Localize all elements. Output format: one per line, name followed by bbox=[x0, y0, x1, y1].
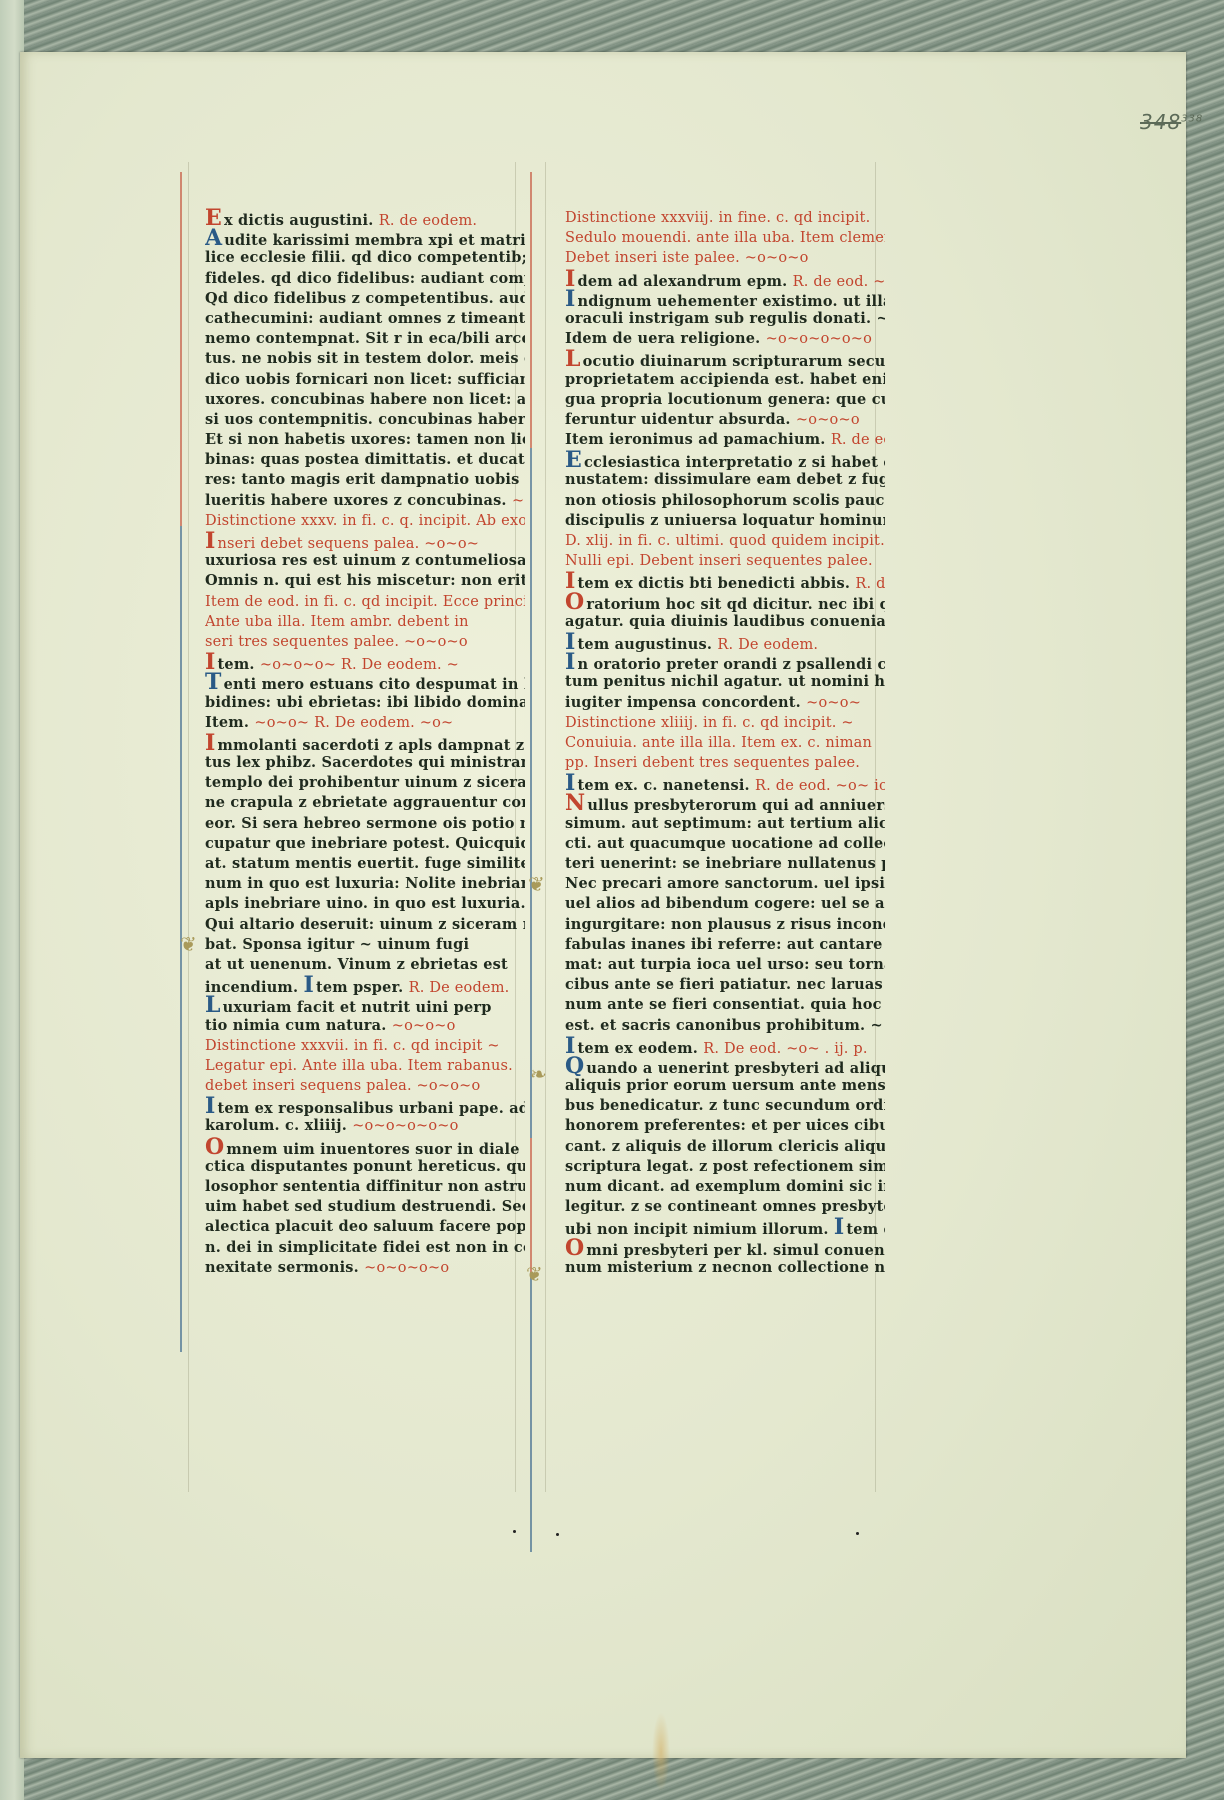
rubric-text: ~o~o~o~o bbox=[364, 1260, 449, 1276]
text-line: Item augustinus. R. De eodem. bbox=[565, 632, 885, 652]
text-line: res: tanto magis erit dampnatio uobis si… bbox=[205, 470, 525, 490]
body-text: uxuriosa res est uinum z contumeliosa eb… bbox=[205, 552, 525, 569]
text-line: uxores. concubinas habere non licet: aud… bbox=[205, 390, 525, 410]
text-line: Item ex eodem. R. De eod. ~o~ . ij. p. bbox=[565, 1036, 885, 1056]
text-line: Tenti mero estuans cito despumat in li bbox=[205, 672, 525, 692]
text-line: bus benedicatur. z tunc secundum ordinem… bbox=[565, 1096, 885, 1116]
body-text: est. et sacris canonibus prohibitum. ~ ~ bbox=[565, 1017, 885, 1034]
body-text: cti. aut quacumque uocatione ad collecta… bbox=[565, 835, 885, 852]
text-line: Oratorium hoc sit qd dicitur. nec ibi qu… bbox=[565, 592, 885, 612]
text-line: Distinctione xxxviij. in fine. c. qd inc… bbox=[565, 208, 885, 228]
text-line: Item ex responsalibus urbani pape. ad bbox=[205, 1096, 525, 1116]
body-text: iugiter impensa concordent. bbox=[565, 694, 806, 711]
text-line: Audite karissimi membra xpi et matris ca… bbox=[205, 228, 525, 248]
body-text: ctica disputantes ponunt hereticus. qui … bbox=[205, 1158, 525, 1175]
rubric-text: Distinctione xxxv. in fi. c. q. incipit.… bbox=[205, 513, 525, 529]
text-line: scriptura legat. z post refectionem simi… bbox=[565, 1157, 885, 1177]
text-line: Item. ~o~o~o~ R. De eodem. ~ bbox=[205, 652, 525, 672]
rubric-text: pp. Inseri debent tres sequentes palee. bbox=[565, 755, 860, 771]
rubric-text: D. xlij. in fi. c. ultimi. quod quidem i… bbox=[565, 533, 885, 549]
body-text: n oratorio preter orandi z psallendi cul bbox=[578, 656, 886, 672]
body-text: num in quo est luxuria: Nolite inebriari bbox=[205, 875, 525, 892]
body-text: cclesiastica interpretatio z si habet el… bbox=[584, 454, 885, 470]
body-text: simum. aut septimum: aut tertium alicuiu… bbox=[565, 815, 885, 832]
text-line: at. statum mentis euertit. fuge similite… bbox=[205, 854, 525, 874]
rubric-text: R. De eod. ~o~ . ij. p. bbox=[703, 1041, 867, 1056]
decorated-initial: I bbox=[565, 652, 576, 672]
text-line: Distinctione xxxvii. in fi. c. qd incipi… bbox=[205, 1036, 525, 1056]
body-text: x dictis augustini. bbox=[224, 212, 379, 228]
text-line: alectica placuit deo saluum facere popul… bbox=[205, 1217, 525, 1237]
decorated-initial: Q bbox=[565, 1056, 584, 1076]
rubric-text: ~o~o~ bbox=[806, 695, 861, 711]
body-text: udite karissimi membra xpi et matris cat… bbox=[224, 232, 525, 248]
decorated-initial: I bbox=[834, 1217, 845, 1237]
prick-mark bbox=[513, 1530, 516, 1533]
text-line: Omni presbyteri per kl. simul conuenit p… bbox=[565, 1238, 885, 1258]
body-text: tio nimia cum natura. bbox=[205, 1017, 392, 1034]
body-text: tus. ne nobis sit in testem dolor. meis … bbox=[205, 350, 525, 367]
body-text: cibus ante se fieri patiatur. nec laruas… bbox=[565, 976, 885, 993]
text-line: cibus ante se fieri patiatur. nec laruas… bbox=[565, 975, 885, 995]
text-line: Luxuriam facit et nutrit uini perp bbox=[205, 995, 525, 1015]
text-line: debet inseri sequens palea. ~o~o~o bbox=[205, 1076, 525, 1096]
folio-number: 348338 bbox=[1140, 110, 1203, 134]
body-text: Qd dico fidelibus z competentibus. audia… bbox=[205, 290, 525, 307]
body-text: bat. Sponsa igitur ~ uinum fugi bbox=[205, 936, 469, 953]
body-text: feruntur uidentur absurda. bbox=[565, 411, 796, 428]
text-line: eor. Si sera hebreo sermone ois potio nu… bbox=[205, 814, 525, 834]
text-line: at ut uenenum. Vinum z ebrietas est bbox=[205, 955, 525, 975]
body-text: lice ecclesie filii. qd dico competentib… bbox=[205, 249, 525, 266]
text-line: iugiter impensa concordent. ~o~o~ bbox=[565, 693, 885, 713]
vine-ornament-center-2: ❧ bbox=[530, 1062, 547, 1086]
text-line: D. xlij. in fi. c. ultimi. quod quidem i… bbox=[565, 531, 885, 551]
text-line: Conuiuia. ante illa illa. Item ex. c. ni… bbox=[565, 733, 885, 753]
text-line: Item ieronimus ad pamachium. R. de eod. bbox=[565, 430, 885, 450]
text-line: aliquis prior eorum uersum ante mensam i… bbox=[565, 1076, 885, 1096]
folio-current: 338 bbox=[1181, 113, 1203, 124]
body-text: Et si non habetis uxores: tamen non lice… bbox=[205, 431, 525, 448]
text-line: Ex dictis augustini. R. de eodem. bbox=[205, 208, 525, 228]
text-line: ne crapula z ebrietate aggrauentur corda bbox=[205, 793, 525, 813]
text-line: fideles. qd dico fidelibus: audiant comp… bbox=[205, 269, 525, 289]
body-text: ingurgitare: non plausus z risus incondi… bbox=[565, 916, 885, 933]
body-text: fabulas inanes ibi referre: aut cantare … bbox=[565, 936, 885, 953]
text-line: tio nimia cum natura. ~o~o~o bbox=[205, 1016, 525, 1036]
body-text: karolum. c. xliiij. bbox=[205, 1117, 352, 1134]
body-text: nustatem: dissimulare eam debet z fugere… bbox=[565, 471, 885, 488]
rubric-text: ~o~o~o~o~o bbox=[766, 331, 872, 347]
body-text: bidines: ubi ebrietas: ibi libido domina… bbox=[205, 694, 525, 711]
body-text: at ut uenenum. Vinum z ebrietas est bbox=[205, 956, 508, 973]
text-line: Immolanti sacerdoti z apls dampnat z ue bbox=[205, 733, 525, 753]
body-text: dico uobis fornicari non licet: sufficia… bbox=[205, 371, 525, 388]
decorated-initial: I bbox=[565, 1036, 576, 1056]
rubric-text: Distinctione xxxviij. in fine. c. qd inc… bbox=[565, 210, 870, 226]
text-line: tus. ne nobis sit in testem dolor. meis … bbox=[205, 349, 525, 369]
rubric-text: ~o~o~o~ R. De eodem. ~ bbox=[260, 657, 459, 672]
body-text: Omnis n. qui est his miscetur: non erit … bbox=[205, 572, 525, 589]
body-text: tus lex phibz. Sacerdotes qui ministrant… bbox=[205, 754, 525, 771]
body-text: ubi non incipit nimium illorum. bbox=[565, 1221, 834, 1237]
text-line: apls inebriare uino. in quo est luxuria. bbox=[205, 894, 525, 914]
rubric-text: ~o~o~ R. De eodem. ~o~ bbox=[254, 715, 453, 731]
text-line: oraculi instrigam sub regulis donati. ~ bbox=[565, 309, 885, 329]
rubric-text: Distinctione xliiij. in fi. c. qd incipi… bbox=[565, 715, 854, 731]
rubric-text: Sedulo mouendi. ante illa uba. Item clem… bbox=[565, 230, 885, 246]
body-text: ratorium hoc sit qd dicitur. nec ibi qui… bbox=[586, 596, 885, 612]
body-text: at. statum mentis euertit. fuge similite… bbox=[205, 855, 525, 872]
text-line: num dicant. ad exemplum domini sic in ce… bbox=[565, 1177, 885, 1197]
rubric-text: Ante uba illa. Item ambr. debent in bbox=[205, 614, 469, 630]
body-text: Item. bbox=[205, 714, 254, 731]
text-line: cupatur que inebriare potest. Quicquid i… bbox=[205, 834, 525, 854]
text-line: Legatur epi. Ante illa uba. Item rabanus… bbox=[205, 1056, 525, 1076]
rubric-text: Distinctione xxxvii. in fi. c. qd incipi… bbox=[205, 1038, 500, 1054]
water-stain bbox=[652, 1712, 670, 1792]
decorated-initial: L bbox=[565, 349, 581, 369]
decorated-initial: I bbox=[205, 1096, 216, 1116]
text-line: Debet inseri iste palee. ~o~o~o bbox=[565, 248, 885, 268]
body-text: tem ex dictis bti benedicti abbis. bbox=[578, 575, 856, 591]
body-text: proprietatem accipienda est. habet enim … bbox=[565, 371, 885, 388]
text-column-right: Distinctione xxxviij. in fine. c. qd inc… bbox=[565, 208, 885, 1278]
text-line: uel alios ad bibendum cogere: uel se ali… bbox=[565, 894, 885, 914]
text-line: Sedulo mouendi. ante illa uba. Item clem… bbox=[565, 228, 885, 248]
body-text: mmolanti sacerdoti z apls dampnat z ue bbox=[218, 737, 526, 753]
text-line: Idem de uera religione. ~o~o~o~o~o bbox=[565, 329, 885, 349]
rubric-text: Debet inseri iste palee. ~o~o~o bbox=[565, 250, 809, 266]
vine-ornament-center-1: ❦ bbox=[528, 872, 545, 896]
rubric-text: debet inseri sequens palea. ~o~o~o bbox=[205, 1078, 480, 1094]
decorated-initial: I bbox=[205, 652, 216, 672]
body-text: tem ex responsalibus urbani pape. ad bbox=[218, 1100, 526, 1116]
body-text: ullus presbyterorum qui ad anniuersarium… bbox=[587, 797, 885, 813]
body-text: mat: aut turpia ioca uel urso: seu torna… bbox=[565, 956, 885, 973]
text-line: Item. ~o~o~ R. De eodem. ~o~ bbox=[205, 713, 525, 733]
body-text: Nec precari amore sanctorum. uel ipsius … bbox=[565, 875, 885, 892]
body-text: uim habet sed studium destruendi. Sed no… bbox=[205, 1198, 525, 1215]
text-line: nemo contempnat. Sit r in eca/bili arce … bbox=[205, 329, 525, 349]
body-text: alectica placuit deo saluum facere popul… bbox=[205, 1218, 525, 1235]
ruling-line-left-outer bbox=[188, 162, 189, 1492]
text-line: binas: quas postea dimittatis. et ducati… bbox=[205, 450, 525, 470]
decorated-initial: N bbox=[565, 793, 585, 813]
text-line: lice ecclesie filii. qd dico competentib… bbox=[205, 248, 525, 268]
text-line: proprietatem accipienda est. habet enim … bbox=[565, 370, 885, 390]
text-line: fabulas inanes ibi referre: aut cantare … bbox=[565, 935, 885, 955]
text-line: ctica disputantes ponunt hereticus. qui … bbox=[205, 1157, 525, 1177]
body-text: ndignum uehementer existimo. ut illa cel… bbox=[578, 293, 886, 309]
rubric-text: Legatur epi. Ante illa uba. Item rabanus… bbox=[205, 1058, 513, 1074]
body-text: nexitate sermonis. bbox=[205, 1259, 364, 1276]
body-text: Idem de uera religione. bbox=[565, 330, 766, 347]
manuscript-page: 348338 ❦ ❦ ❧ ❦ Ex dictis augustini. R. d… bbox=[20, 52, 1186, 1758]
body-text: si uos contempnitis. concubinas habere n… bbox=[205, 411, 525, 428]
body-text: num misterium z necnon collectione non q… bbox=[565, 1259, 885, 1276]
text-line: Quando a uenerint presbyteri ad aliquod … bbox=[565, 1056, 885, 1076]
text-line: discipulis z uniuersa loquatur hominum g… bbox=[565, 511, 885, 531]
body-text: apls inebriare uino. in quo est luxuria. bbox=[205, 895, 525, 912]
body-text: uel alios ad bibendum cogere: uel se ali… bbox=[565, 895, 885, 912]
body-text: num dicant. ad exemplum domini sic in ce… bbox=[565, 1178, 885, 1195]
text-line: simum. aut septimum: aut tertium alicuiu… bbox=[565, 814, 885, 834]
rubric-text: R. de eodem. bbox=[379, 213, 478, 228]
text-line: honorem preferentes: et per uices cibum … bbox=[565, 1116, 885, 1136]
body-text: tem ex eodem. bbox=[578, 1040, 704, 1056]
body-text: tem ex eod. bbox=[846, 1221, 885, 1237]
text-line: n. dei in simplicitate fidei est non in … bbox=[205, 1238, 525, 1258]
body-text: ne crapula z ebrietate aggrauentur corda bbox=[205, 794, 525, 811]
center-margin-flourish bbox=[530, 172, 532, 1552]
body-text: eor. Si sera hebreo sermone ois potio nu… bbox=[205, 815, 525, 832]
text-line: Distinctione xliiij. in fi. c. qd incipi… bbox=[565, 713, 885, 733]
vine-ornament-left: ❦ bbox=[180, 932, 197, 956]
body-text: legitur. z se contineant omnes presbyter… bbox=[565, 1198, 885, 1215]
body-text: tem. bbox=[218, 656, 260, 672]
body-text: tem augustinus. bbox=[578, 636, 718, 652]
body-text: losophor sententia diffinitur non astrue… bbox=[205, 1178, 525, 1195]
text-line: bat. Sponsa igitur ~ uinum fugi bbox=[205, 935, 525, 955]
rubric-text: R. de eod. ~o~ io. p. bbox=[755, 778, 885, 793]
body-text: cathecumini: audiant omnes z timeant. z bbox=[205, 310, 525, 327]
body-text: num ante se fieri consentiat. quia hoc d… bbox=[565, 996, 885, 1013]
rubric-text: Conuiuia. ante illa illa. Item ex. c. ni… bbox=[565, 735, 872, 751]
text-line: cant. z aliquis de illorum clericis aliq… bbox=[565, 1137, 885, 1157]
text-line: Locutio diuinarum scripturarum secundum … bbox=[565, 349, 885, 369]
text-line: num ante se fieri consentiat. quia hoc d… bbox=[565, 995, 885, 1015]
text-line: karolum. c. xliiij. ~o~o~o~o~o bbox=[205, 1116, 525, 1136]
rubric-text: Nulli epi. Debent inseri sequentes palee… bbox=[565, 553, 873, 569]
vine-ornament-center-3: ❦ bbox=[526, 1262, 543, 1286]
text-line: Omnis n. qui est his miscetur: non erit … bbox=[205, 571, 525, 591]
decorated-initial: T bbox=[205, 672, 222, 692]
text-line: feruntur uidentur absurda. ~o~o~o bbox=[565, 410, 885, 430]
body-text: honorem preferentes: et per uices cibum … bbox=[565, 1117, 885, 1134]
text-line: cathecumini: audiant omnes z timeant. z bbox=[205, 309, 525, 329]
text-line: Nullus presbyterorum qui ad anniuersariu… bbox=[565, 793, 885, 813]
text-line: Omnem uim inuentores suor in diale bbox=[205, 1137, 525, 1157]
text-line: In oratorio preter orandi z psallendi cu… bbox=[565, 652, 885, 672]
rubric-text: R. de eod. bbox=[831, 432, 885, 448]
body-text: teri uenerint: se inebriare nullatenus p… bbox=[565, 855, 885, 872]
body-text: tum penitus nichil agatur. ut nomini hui… bbox=[565, 673, 885, 690]
decorated-initial: I bbox=[205, 531, 216, 551]
text-line: nustatem: dissimulare eam debet z fugere… bbox=[565, 470, 885, 490]
decorated-initial: O bbox=[565, 592, 584, 612]
text-line: Et si non habetis uxores: tamen non lice… bbox=[205, 430, 525, 450]
text-line: Inseri debet sequens palea. ~o~o~ bbox=[205, 531, 525, 551]
text-line: num in quo est luxuria: Nolite inebriari bbox=[205, 874, 525, 894]
decorated-initial: I bbox=[565, 571, 576, 591]
body-text: mni presbyteri per kl. simul conuenit po… bbox=[586, 1242, 885, 1258]
decorated-initial: I bbox=[565, 289, 576, 309]
ruling-line-right-outer bbox=[545, 162, 546, 1492]
prick-mark bbox=[856, 1532, 859, 1535]
body-text: bus benedicatur. z tunc secundum ordinem… bbox=[565, 1097, 885, 1114]
text-line: si uos contempnitis. concubinas habere n… bbox=[205, 410, 525, 430]
rubric-text: R. de eodem. bbox=[855, 576, 885, 591]
decorated-initial: L bbox=[205, 995, 221, 1015]
left-margin-flourish bbox=[180, 172, 182, 1352]
body-text: ocutio diuinarum scripturarum secundum c… bbox=[583, 353, 885, 369]
text-line: Qui altario deseruit: uinum z siceram no… bbox=[205, 915, 525, 935]
body-text: tem ex. c. nanetensi. bbox=[578, 777, 756, 793]
text-line: Nulli epi. Debent inseri sequentes palee… bbox=[565, 551, 885, 571]
body-text: cant. z aliquis de illorum clericis aliq… bbox=[565, 1138, 885, 1155]
text-line: Nec precari amore sanctorum. uel ipsius … bbox=[565, 874, 885, 894]
body-text: uxores. concubinas habere non licet: aud… bbox=[205, 391, 525, 408]
text-line: agatur. quia diuinis laudibus conueniat. bbox=[565, 612, 885, 632]
decorated-initial: I bbox=[205, 733, 216, 753]
text-line: losophor sententia diffinitur non astrue… bbox=[205, 1177, 525, 1197]
body-text: Item ieronimus ad pamachium. bbox=[565, 431, 831, 448]
text-line: Item de eod. in fi. c. qd incipit. Ecce … bbox=[205, 592, 525, 612]
rubric-text: Item de eod. in fi. c. qd incipit. Ecce … bbox=[205, 594, 525, 610]
decorated-initial: A bbox=[205, 228, 222, 248]
body-text: lueritis habere uxores z concubinas. bbox=[205, 492, 512, 509]
body-text: nemo contempnat. Sit r in eca/bili arce … bbox=[205, 330, 525, 347]
body-text: cupatur que inebriare potest. Quicquid i… bbox=[205, 835, 525, 852]
body-text: dem ad alexandrum epm. bbox=[578, 273, 793, 289]
text-line: templo dei prohibentur uinum z siceram b… bbox=[205, 773, 525, 793]
body-text: enti mero estuans cito despumat in li bbox=[224, 676, 525, 692]
text-line: tum penitus nichil agatur. ut nomini hui… bbox=[565, 672, 885, 692]
decorated-initial: I bbox=[303, 975, 314, 995]
text-line: Item ex dictis bti benedicti abbis. R. d… bbox=[565, 571, 885, 591]
text-line: num misterium z necnon collectione non q… bbox=[565, 1258, 885, 1278]
text-line: est. et sacris canonibus prohibitum. ~ ~ bbox=[565, 1016, 885, 1036]
text-line: nexitate sermonis. ~o~o~o~o bbox=[205, 1258, 525, 1278]
rubric-text: R. de eod. ~ ix. p. bbox=[793, 274, 885, 289]
body-text: discipulis z uniuersa loquatur hominum g… bbox=[565, 512, 885, 529]
decorated-initial: I bbox=[565, 632, 576, 652]
body-text: gua propria locutionum genera: que cum i… bbox=[565, 391, 885, 408]
text-line: pp. Inseri debent tres sequentes palee. bbox=[565, 753, 885, 773]
decorated-initial: E bbox=[565, 450, 582, 470]
folio-struck: 348 bbox=[1140, 110, 1181, 134]
text-line: non otiosis philosophorum scolis paucisq… bbox=[565, 491, 885, 511]
text-line: gua propria locutionum genera: que cum i… bbox=[565, 390, 885, 410]
text-line: dico uobis fornicari non licet: sufficia… bbox=[205, 370, 525, 390]
body-text: oraculi instrigam sub regulis donati. ~ bbox=[565, 310, 885, 327]
decorated-initial: E bbox=[205, 208, 222, 228]
text-line: cti. aut quacumque uocatione ad collecta… bbox=[565, 834, 885, 854]
text-line: seri tres sequentes palee. ~o~o~o bbox=[205, 632, 525, 652]
decorated-initial: O bbox=[565, 1238, 584, 1258]
decorated-initial: O bbox=[205, 1137, 224, 1157]
body-text: res: tanto magis erit dampnatio uobis si… bbox=[205, 471, 525, 488]
text-line: uim habet sed studium destruendi. Sed no… bbox=[205, 1197, 525, 1217]
text-column-left: Ex dictis augustini. R. de eodem.Audite … bbox=[205, 208, 525, 1278]
text-line: Ante uba illa. Item ambr. debent in bbox=[205, 612, 525, 632]
decorated-initial: I bbox=[565, 269, 576, 289]
body-text: n. dei in simplicitate fidei est non in … bbox=[205, 1239, 525, 1256]
rubric-text: ~o~o~o~o~o bbox=[352, 1118, 458, 1134]
decorated-initial: I bbox=[565, 773, 576, 793]
prick-mark bbox=[556, 1533, 559, 1536]
body-text: uxuriam facit et nutrit uini perp bbox=[223, 999, 492, 1015]
text-line: Idem ad alexandrum epm. R. de eod. ~ ix.… bbox=[565, 269, 885, 289]
text-line: tus lex phibz. Sacerdotes qui ministrant… bbox=[205, 753, 525, 773]
text-line: ingurgitare: non plausus z risus incondi… bbox=[565, 915, 885, 935]
body-text: aliquis prior eorum uersum ante mensam i… bbox=[565, 1077, 885, 1094]
body-text: uando a uenerint presbyteri ad aliquod c… bbox=[586, 1060, 885, 1076]
text-line: legitur. z se contineant omnes presbyter… bbox=[565, 1197, 885, 1217]
body-text: incendium. bbox=[205, 979, 303, 995]
text-line: incendium. Item psper. R. De eodem. bbox=[205, 975, 525, 995]
rubric-text: seri tres sequentes palee. ~o~o~o bbox=[205, 634, 468, 650]
rubric-text: R. De eodem. bbox=[717, 637, 818, 652]
body-text: non otiosis philosophorum scolis paucisq… bbox=[565, 492, 885, 509]
text-line: lueritis habere uxores z concubinas. ~o~… bbox=[205, 491, 525, 511]
text-line: bidines: ubi ebrietas: ibi libido domina… bbox=[205, 693, 525, 713]
rubric-text: ~o~o~ bbox=[512, 493, 525, 509]
text-line: mat: aut turpia ioca uel urso: seu torna… bbox=[565, 955, 885, 975]
body-text: Qui altario deseruit: uinum z siceram no… bbox=[205, 916, 525, 933]
rubric-text: R. De eodem. bbox=[409, 980, 510, 995]
text-line: Item ex. c. nanetensi. R. de eod. ~o~ io… bbox=[565, 773, 885, 793]
body-text: scriptura legat. z post refectionem simi… bbox=[565, 1158, 885, 1175]
body-text: binas: quas postea dimittatis. et ducati… bbox=[205, 451, 525, 468]
rubric-text: ~o~o~o bbox=[392, 1018, 456, 1034]
body-text: tem psper. bbox=[316, 979, 409, 995]
rubric-text: ~o~o~o bbox=[796, 412, 860, 428]
body-text: fideles. qd dico fidelibus: audiant comp… bbox=[205, 270, 525, 287]
rubric-text: nseri debet sequens palea. ~o~o~ bbox=[218, 536, 480, 551]
text-line: Indignum uehementer existimo. ut illa ce… bbox=[565, 289, 885, 309]
body-text: agatur. quia diuinis laudibus conueniat. bbox=[565, 613, 885, 630]
body-text: templo dei prohibentur uinum z siceram b… bbox=[205, 774, 525, 791]
text-line: Qd dico fidelibus z competentibus. audia… bbox=[205, 289, 525, 309]
text-line: Ecclesiastica interpretatio z si habet e… bbox=[565, 450, 885, 470]
text-line: uxuriosa res est uinum z contumeliosa eb… bbox=[205, 551, 525, 571]
text-line: Distinctione xxxv. in fi. c. q. incipit.… bbox=[205, 511, 525, 531]
text-line: ubi non incipit nimium illorum. Item ex … bbox=[565, 1217, 885, 1237]
body-text: mnem uim inuentores suor in diale bbox=[226, 1141, 519, 1157]
text-line: teri uenerint: se inebriare nullatenus p… bbox=[565, 854, 885, 874]
